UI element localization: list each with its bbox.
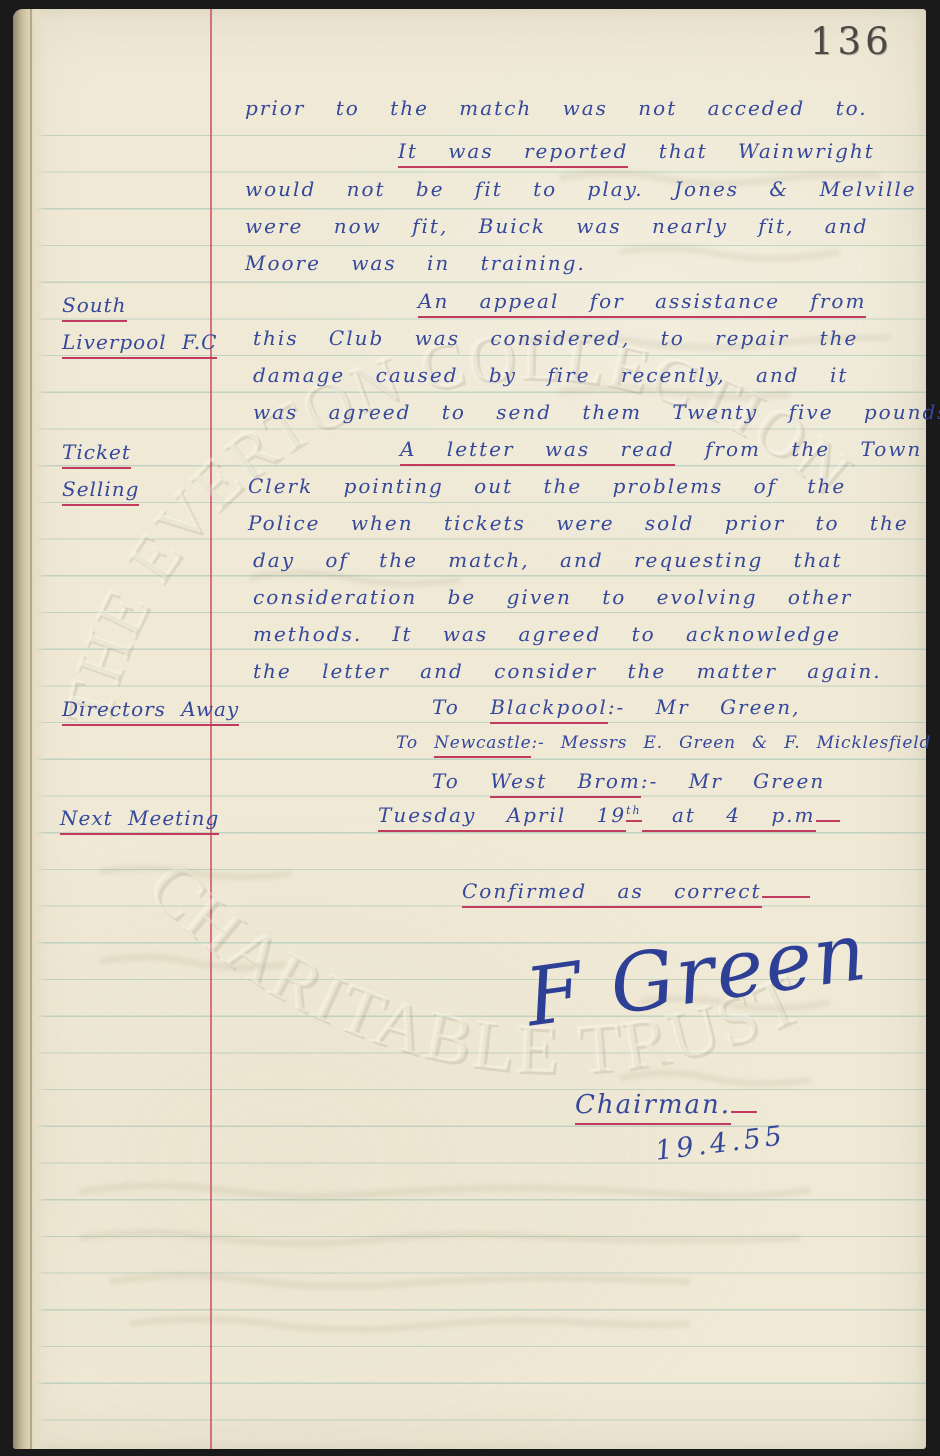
text-segment: :- Mr Green (641, 769, 825, 793)
text-segment: Newcastle (434, 733, 531, 758)
text-segment: It was reported (398, 139, 628, 168)
margin-note: Liverpool F.C (62, 330, 217, 354)
text-segment: Next Meeting (60, 806, 219, 835)
text-segment: South (62, 293, 127, 322)
text-segment: Moore was in training. (245, 251, 586, 275)
text-segment: Tuesday April 19 (378, 803, 626, 832)
text-segment: was agreed to send them Twenty five poun… (253, 400, 940, 424)
body-line: To Blackpool:- Mr Green, (432, 695, 801, 719)
body-line: day of the match, and requesting that (253, 548, 843, 572)
body-line: damage caused by fire recently, and it (253, 363, 848, 387)
body-line: would not be fit to play. Jones & Melvil… (245, 177, 917, 201)
page-content: 136 prior to the match was not acceded t… (0, 0, 940, 1456)
text-segment: prior to the match was not acceded to. (245, 96, 868, 120)
body-line: Moore was in training. (245, 251, 586, 275)
text-segment: th (626, 804, 642, 822)
scanned-minute-book-page: THE EVERTON COLLECTION THE EVERTON COLLE… (0, 0, 940, 1456)
text-segment: :- Messrs E. Green & F. Micklesfield (531, 733, 931, 753)
text-segment (762, 893, 810, 898)
text-segment: from the Town (675, 437, 923, 461)
margin-note: Ticket (62, 440, 131, 464)
text-segment: Police when tickets were sold prior to t… (248, 511, 909, 535)
margin-note: Directors Away (62, 697, 239, 721)
body-line: this Club was considered, to repair the (253, 326, 858, 350)
margin-note: South (62, 293, 127, 317)
text-segment: methods. It was agreed to acknowledge (253, 622, 841, 646)
text-segment (816, 817, 840, 822)
text-segment: 19.4.55 (654, 1120, 788, 1167)
text-segment: the letter and consider the matter again… (253, 659, 882, 683)
body-line: To Newcastle:- Messrs E. Green & F. Mick… (396, 733, 931, 753)
text-segment: would not be fit to play. Jones & Melvil… (245, 177, 917, 201)
text-segment: consideration be given to evolving other (253, 585, 852, 609)
text-segment: Blackpool (490, 695, 608, 724)
text-segment: Liverpool F.C (62, 330, 217, 359)
body-line: Tuesday April 19th at 4 p.m (378, 803, 840, 827)
body-line: prior to the match was not acceded to. (245, 96, 868, 120)
body-line: Police when tickets were sold prior to t… (248, 511, 909, 535)
text-segment: Selling (62, 477, 139, 506)
body-line: To West Brom:- Mr Green (432, 769, 825, 793)
body-line: were now fit, Buick was nearly fit, and (245, 214, 868, 238)
text-segment: Directors Away (62, 697, 239, 726)
text-segment: :- Mr Green, (608, 695, 801, 719)
text-segment: To (396, 733, 434, 753)
body-line: An appeal for assistance from (418, 289, 866, 313)
text-segment: damage caused by fire recently, and it (253, 363, 848, 387)
body-line: Confirmed as correct (462, 879, 810, 903)
text-segment: at 4 p.m (642, 803, 816, 832)
body-line: A letter was read from the Town (400, 437, 922, 461)
signature: F Green (520, 905, 873, 1045)
text-segment: To (432, 695, 490, 719)
text-segment: day of the match, and requesting that (253, 548, 843, 572)
text-segment: To (432, 769, 490, 793)
text-segment: A letter was read (400, 437, 675, 466)
text-segment: F Green (520, 905, 873, 1045)
body-line: was agreed to send them Twenty five poun… (253, 400, 940, 424)
text-segment: were now fit, Buick was nearly fit, and (245, 214, 868, 238)
text-segment: Chairman. (575, 1090, 731, 1125)
body-line: methods. It was agreed to acknowledge (253, 622, 841, 646)
body-line: It was reported that Wainwright (398, 139, 875, 163)
text-segment: Ticket (62, 440, 131, 469)
margin-note: Next Meeting (60, 806, 219, 830)
text-segment: this Club was considered, to repair the (253, 326, 858, 350)
text-segment: Confirmed as correct (462, 879, 762, 908)
text-segment (731, 1108, 757, 1113)
text-segment: that Wainwright (628, 139, 874, 163)
body-line: Chairman. (575, 1090, 757, 1120)
body-line: the letter and consider the matter again… (253, 659, 882, 683)
text-segment: An appeal for assistance from (418, 289, 866, 318)
page-number: 136 (810, 20, 893, 63)
date-line: 19.4.55 (654, 1120, 788, 1167)
margin-note: Selling (62, 477, 139, 501)
body-line: consideration be given to evolving other (253, 585, 852, 609)
body-line: Clerk pointing out the problems of the (248, 474, 846, 498)
text-segment: West Brom (490, 769, 641, 798)
text-segment: Clerk pointing out the problems of the (248, 474, 846, 498)
